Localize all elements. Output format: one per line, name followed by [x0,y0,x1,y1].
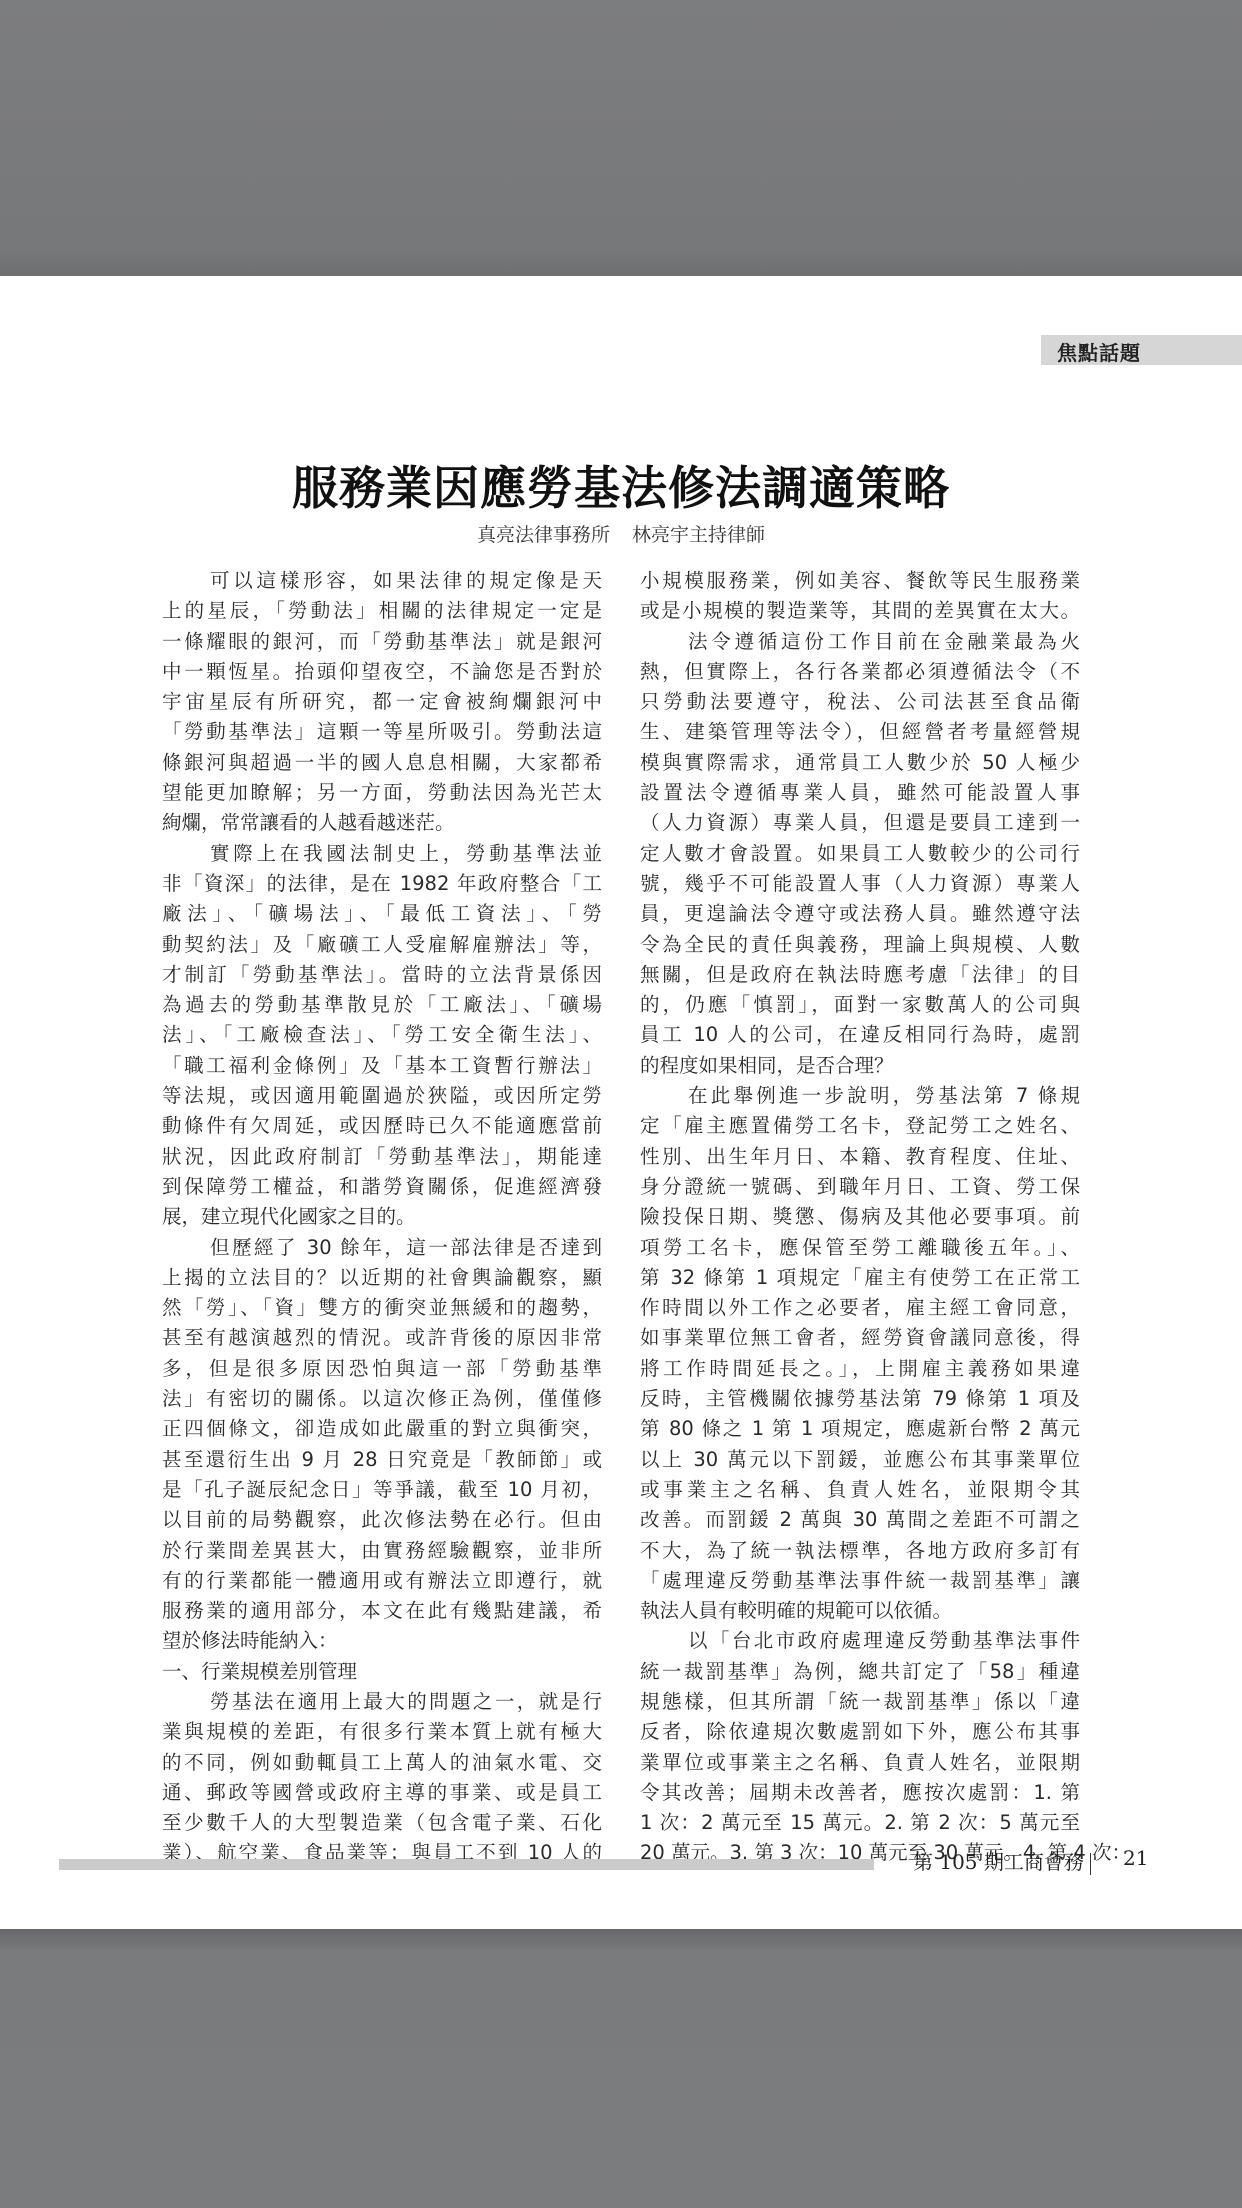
body-text-line: 反時，主管機關依據勞基法第 79 條第 1 項及 [640,1384,1080,1414]
body-text-line: 實際上在我國法制史上，勞動基準法並 [162,839,602,869]
body-text-line: 業單位或事業主之名稱、負責人姓名，並限期 [640,1748,1080,1778]
body-text-line: 為過去的勞動基準散見於「工廠法」、「礦場 [162,990,602,1020]
body-text-line: 性別、出生年月日、本籍、教育程度、住址、 [640,1142,1080,1172]
body-text-line: 以「台北市政府處理違反勞動基準法事件 [640,1626,1080,1656]
body-text-line: 反者，除依違規次數處罰如下外，應公布其事 [640,1717,1080,1747]
body-text-line: 的不同，例如動輒員工上萬人的油氣水電、交 [162,1748,602,1778]
body-text-line: 只勞動法要遵守，稅法、公司法甚至食品衛 [640,687,1080,717]
footer-issue: 第 105 期工商會務 [913,1846,1099,1875]
body-text-line: 無關，但是政府在執法時應考慮「法律」的目 [640,960,1080,990]
body-text-line: 到保障勞工權益，和諧勞資關係，促進經濟發 [162,1172,602,1202]
body-text-line: 服務業的適用部分，本文在此有幾點建議，希 [162,1596,602,1626]
body-text-line: 然「勞」、「資」雙方的衝突並無緩和的趨勢， [162,1293,602,1323]
footer-divider [1090,1853,1091,1875]
body-text-line: 但歷經了 30 餘年，這一部法律是否達到 [162,1233,602,1263]
body-text-line: 「勞動基準法」這顆一等星所吸引。勞動法這 [162,717,602,747]
body-text-line: 身分證統一號碼、到職年月日、工資、勞工保 [640,1172,1080,1202]
body-text-line: 令其改善；屆期未改善者，應按次處罰：1. 第 [640,1778,1080,1808]
viewer-background-bottom [0,1929,1242,2208]
body-text-line: 非「資深」的法律，是在 1982 年政府整合「工 [162,869,602,899]
article-column-left: 可以這樣形容，如果法律的規定像是天上的星辰，「勞動法」相關的法律規定一定是一條耀… [162,566,602,1869]
article-title: 服務業因應勞基法修法調適策略 [0,452,1242,518]
section-tag: 焦點話題 [1041,335,1242,365]
body-text-line: 至少數千人的大型製造業（包含電子業、石化 [162,1808,602,1838]
body-text-line: 宇宙星辰有所研究，都一定會被絢爛銀河中 [162,687,602,717]
section-tag-label: 焦點話題 [1057,337,1141,366]
body-text-line: 規態樣，但其所謂「統一裁罰基準」係以「違 [640,1687,1080,1717]
body-text-line: 執法人員有較明確的規範可以依循。 [640,1596,1080,1626]
body-text-line: 展，建立現代化國家之目的。 [162,1202,602,1232]
article-column-right: 小規模服務業，例如美容、餐飲等民生服務業或是小規模的製造業等，其間的差異實在太大… [640,566,1080,1869]
body-text-line: 「職工福利金條例」及「基本工資暫行辦法」 [162,1051,602,1081]
body-text-line: 上的星辰，「勞動法」相關的法律規定一定是 [162,596,602,626]
body-text-line: 險投保日期、獎懲、傷病及其他必要事項。前 [640,1202,1080,1232]
body-text-line: 在此舉例進一步說明，勞基法第 7 條規 [640,1081,1080,1111]
footer-decorative-bar [59,1859,874,1870]
body-text-line: （人力資源）專業人員，但還是要員工達到一 [640,808,1080,838]
body-text-line: 狀況，因此政府制訂「勞動基準法」，期能達 [162,1142,602,1172]
body-text-line: 的程度如果相同，是否合理？ [640,1051,1080,1081]
body-text-line: 定人數才會設置。如果員工人數較少的公司行 [640,839,1080,869]
body-text-line: 生、建築管理等法令），但經營者考量經營規 [640,717,1080,747]
magazine-page: 焦點話題 服務業因應勞基法修法調適策略 真亮法律事務所林亮宇主持律師 可以這樣形… [0,276,1242,1929]
body-text-line: 勞基法在適用上最大的問題之一，就是行 [162,1687,602,1717]
body-text-line: 望於修法時能納入： [162,1626,602,1656]
body-text-line: 不大，為了統一執法標準，各地方政府多訂有 [640,1536,1080,1566]
body-text-line: 於行業間差異甚大，由實務經驗觀察，並非所 [162,1536,602,1566]
body-text-line: 員工 10 人的公司，在違反相同行為時，處罰 [640,1020,1080,1050]
body-text-line: 法」、「工廠檢查法」、「勞工安全衛生法」、 [162,1020,602,1050]
body-text-line: 可以這樣形容，如果法律的規定像是天 [162,566,602,596]
body-text-line: 有的行業都能一體適用或有辦法立即遵行，就 [162,1566,602,1596]
body-text-line: 條銀河與超過一半的國人息息相關，大家都希 [162,748,602,778]
body-text-line: 第 32 條第 1 項規定「雇主有使勞工在正常工 [640,1263,1080,1293]
body-text-line: 改善。而罰鍰 2 萬與 30 萬間之差距不可謂之 [640,1505,1080,1535]
page-number: 21 [1123,1846,1148,1870]
body-text-line: 員，更遑論法令遵守或法務人員。雖然遵守法 [640,899,1080,929]
body-text-line: 通、郵政等國營或政府主導的事業、或是員工 [162,1778,602,1808]
section-heading: 一、行業規模差別管理 [162,1657,602,1687]
body-text-line: 定「雇主應置備勞工名卡，登記勞工之姓名、 [640,1111,1080,1141]
body-text-line: 模與實際需求，通常員工人數少於 50 人極少 [640,748,1080,778]
body-text-line: 小規模服務業，例如美容、餐飲等民生服務業 [640,566,1080,596]
body-text-line: 或事業主之名稱、負責人姓名，並限期令其 [640,1475,1080,1505]
body-text-line: 業與規模的差距，有很多行業本質上就有極大 [162,1717,602,1747]
body-text-line: 如事業單位無工會者，經勞資會議同意後，得 [640,1323,1080,1353]
body-text-line: 甚至還衍生出 9 月 28 日究竟是「教師節」或 [162,1445,602,1475]
body-text-line: 中一顆恆星。抬頭仰望夜空，不論您是否對於 [162,657,602,687]
body-text-line: 1 次：2 萬元至 15 萬元。2. 第 2 次：5 萬元至 [640,1808,1080,1838]
body-text-line: 或是小規模的製造業等，其間的差異實在太大。 [640,596,1080,626]
body-text-line: 等法規，或因適用範圍過於狹隘，或因所定勞 [162,1081,602,1111]
body-text-line: 一條耀眼的銀河，而「勞動基準法」就是銀河 [162,627,602,657]
body-text-line: 法」有密切的關係。以這次修正為例，僅僅修 [162,1384,602,1414]
body-text-line: 是「孔子誕辰紀念日」等爭議，截至 10 月初， [162,1475,602,1505]
body-text-line: 上揭的立法目的？以近期的社會輿論觀察，顯 [162,1263,602,1293]
body-text-line: 設置法令遵循專業人員，雖然可能設置人事 [640,778,1080,808]
body-text-line: 號，幾乎不可能設置人事（人力資源）專業人 [640,869,1080,899]
body-text-line: 將工作時間延長之。」，上開雇主義務如果違 [640,1354,1080,1384]
body-text-line: 才制訂「勞動基準法」。當時的立法背景係因 [162,960,602,990]
body-text-line: 望能更加瞭解；另一方面，勞動法因為光芒太 [162,778,602,808]
body-text-line: 正四個條文，卻造成如此嚴重的對立與衝突， [162,1414,602,1444]
body-text-line: 多，但是很多原因恐怕與這一部「勞動基準 [162,1354,602,1384]
body-text-line: 熱，但實際上，各行各業都必須遵循法令（不 [640,657,1080,687]
body-text-line: 法令遵循這份工作目前在金融業最為火 [640,627,1080,657]
body-text-line: 絢爛，常常讓看的人越看越迷茫。 [162,808,602,838]
body-text-line: 作時間以外工作之必要者，雇主經工會同意， [640,1293,1080,1323]
byline-firm: 真亮法律事務所 [477,524,610,546]
body-text-line: 第 80 條之 1 第 1 項規定，應處新台幣 2 萬元 [640,1414,1080,1444]
body-text-line: 「處理違反勞動基準法事件統一裁罰基準」讓 [640,1566,1080,1596]
body-text-line: 動條件有欠周延，或因歷時已久不能適應當前 [162,1111,602,1141]
footer-issue-label: 第 105 期工商會務 [913,1850,1084,1874]
body-text-line: 動契約法」及「廠礦工人受雇解雇辦法」等， [162,930,602,960]
body-text-line: 項勞工名卡，應保管至勞工離職後五年。」、 [640,1233,1080,1263]
body-text-line: 以上 30 萬元以下罰鍰，並應公布其事業單位 [640,1445,1080,1475]
body-text-line: 以目前的局勢觀察，此次修法勢在必行。但由 [162,1505,602,1535]
viewer-background-top [0,0,1242,276]
byline-author: 林亮宇主持律師 [632,524,765,546]
body-text-line: 廠法」、「礦場法」、「最低工資法」、「勞 [162,899,602,929]
body-text-line: 統一裁罰基準」為例，總共訂定了「58」種違 [640,1657,1080,1687]
body-text-line: 的，仍應「慎罰」，面對一家數萬人的公司與 [640,990,1080,1020]
body-text-line: 甚至有越演越烈的情況。或許背後的原因非常 [162,1323,602,1353]
article-byline: 真亮法律事務所林亮宇主持律師 [0,520,1242,547]
body-text-line: 令為全民的責任與義務，理論上與規模、人數 [640,930,1080,960]
